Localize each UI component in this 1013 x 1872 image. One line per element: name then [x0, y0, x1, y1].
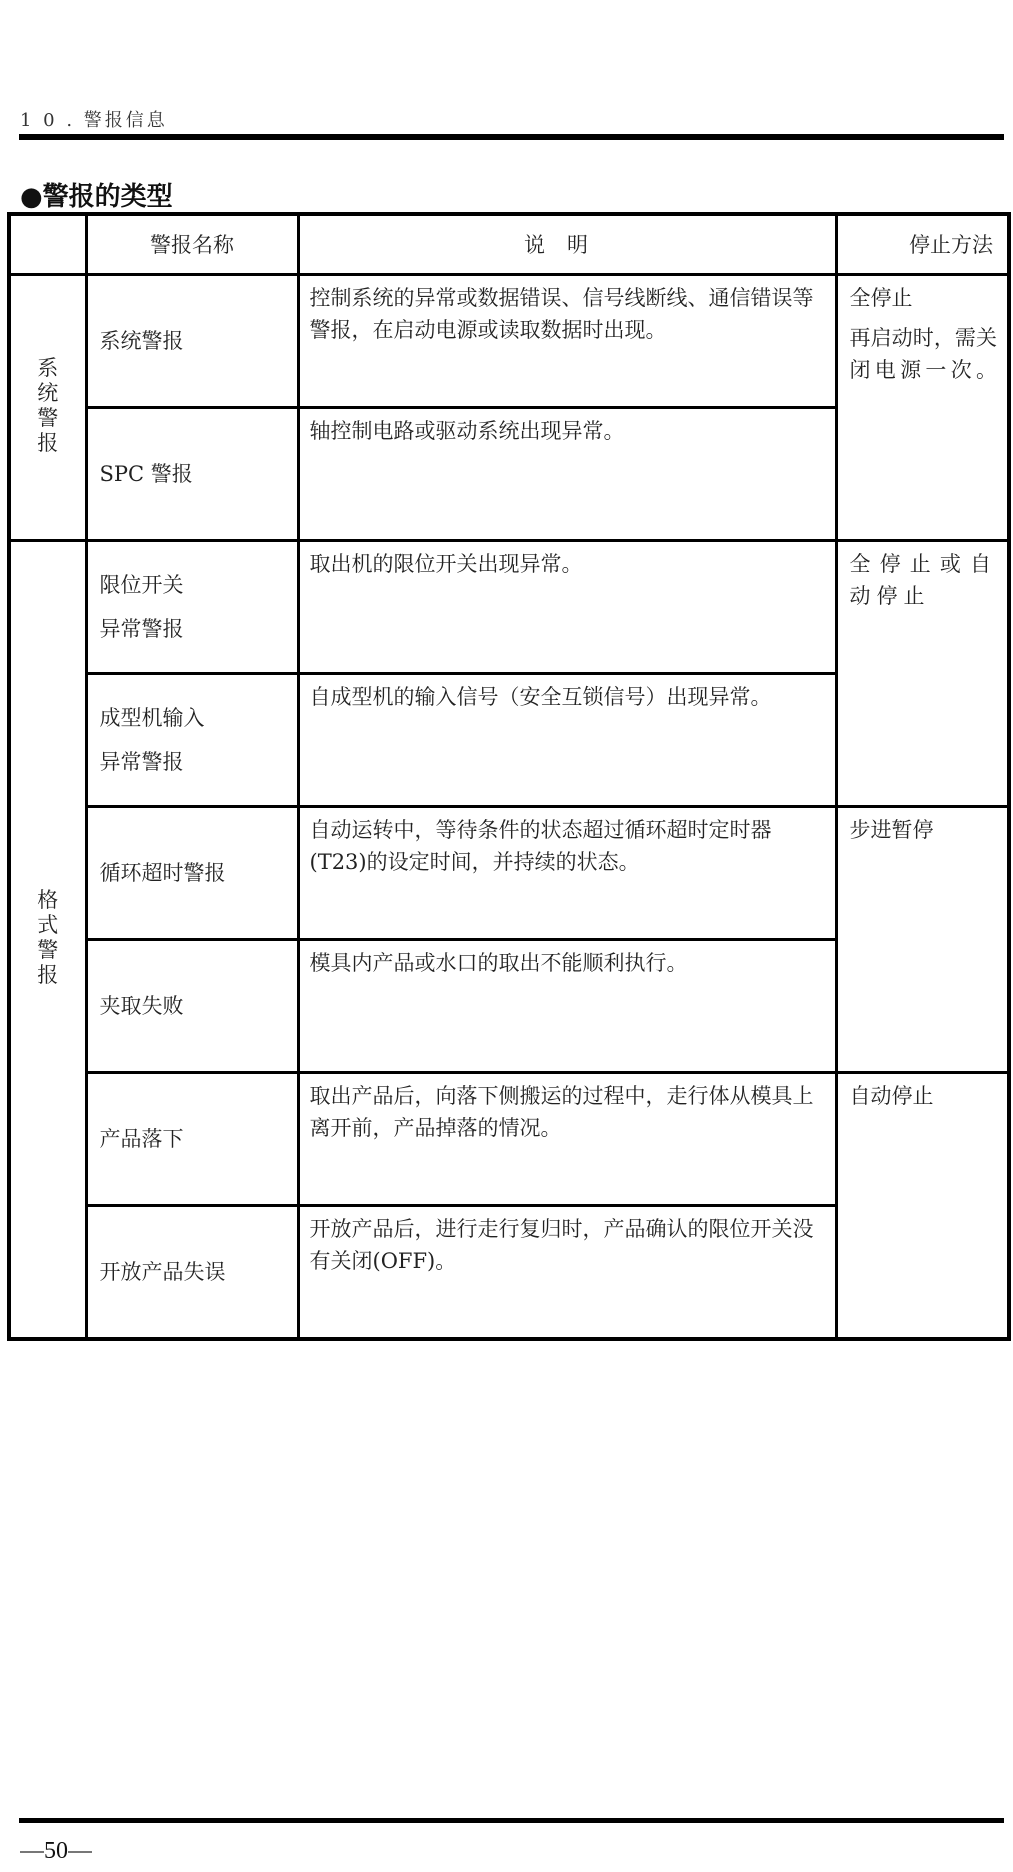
- header-divider: [19, 134, 1004, 140]
- stop-method-cell: 全停止 再启动时，需关闭电源一次。: [836, 275, 1009, 541]
- stop-method-note: 再启动时，需关闭电源一次。: [850, 322, 998, 386]
- category-cell-system: 系统警报: [9, 275, 86, 541]
- table-header-row: 警报名称 说明 停止方法: [9, 214, 1009, 275]
- category-cell-format: 格式警报: [9, 541, 86, 1339]
- description-cell: 取出产品后，向落下侧搬运的过程中，走行体从模具上离开前，产品掉落的情况。: [298, 1073, 836, 1206]
- alarm-name-cell: 成型机输入 异常警报: [86, 674, 298, 807]
- description-cell: 取出机的限位开关出现异常。: [298, 541, 836, 674]
- stop-method: 全停止或自动停止: [850, 548, 998, 612]
- footer-divider: [19, 1818, 1004, 1823]
- column-header-description: 说明: [298, 214, 836, 275]
- alarm-types-table: 警报名称 说明 停止方法 系统警报 系统警报 控制系统的异常或数据错误、信号线断…: [7, 212, 1011, 1341]
- alarm-name-cell: SPC 警报: [86, 408, 298, 541]
- table-row: 循环超时警报 自动运转中，等待条件的状态超过循环超时定时器(T23)的设定时间，…: [9, 807, 1009, 940]
- category-label: 格式警报: [36, 888, 60, 988]
- chapter-header: 1 0 . 警报信息: [20, 106, 168, 132]
- dash-decoration: [20, 1851, 44, 1853]
- stop-method: 全停止: [850, 286, 913, 310]
- alarm-name-line: 异常警报: [100, 740, 297, 784]
- table-row: 格式警报 限位开关 异常警报 取出机的限位开关出现异常。 全停止或自动停止: [9, 541, 1009, 674]
- alarm-name-line: 成型机输入: [100, 696, 297, 740]
- description-cell: 自成型机的输入信号（安全互锁信号）出现异常。: [298, 674, 836, 807]
- alarm-name-cell: 开放产品失误: [86, 1206, 298, 1339]
- alarm-name: 系统警报: [100, 319, 297, 363]
- alarm-name: 循环超时警报: [100, 851, 297, 895]
- alarm-name: 产品落下: [100, 1117, 297, 1161]
- alarm-name-cell: 产品落下: [86, 1073, 298, 1206]
- table-row: 产品落下 取出产品后，向落下侧搬运的过程中，走行体从模具上离开前，产品掉落的情况…: [9, 1073, 1009, 1206]
- table-row: 系统警报 系统警报 控制系统的异常或数据错误、信号线断线、通信错误等警报，在启动…: [9, 275, 1009, 408]
- section-title: ●警报的类型: [20, 176, 173, 213]
- alarm-name: 开放产品失误: [100, 1250, 297, 1294]
- description-cell: 自动运转中，等待条件的状态超过循环超时定时器(T23)的设定时间，并持续的状态。: [298, 807, 836, 940]
- alarm-name: 夹取失败: [100, 984, 297, 1028]
- alarm-name-cell: 限位开关 异常警报: [86, 541, 298, 674]
- dash-decoration: [68, 1851, 92, 1853]
- description-cell: 开放产品后，进行走行复归时，产品确认的限位开关没有关闭(OFF)。: [298, 1206, 836, 1339]
- description-cell: 轴控制电路或驱动系统出现异常。: [298, 408, 836, 541]
- description-cell: 模具内产品或水口的取出不能顺利执行。: [298, 940, 836, 1073]
- column-header-category: [9, 214, 86, 275]
- description-cell: 控制系统的异常或数据错误、信号线断线、通信错误等警报，在启动电源或读取数据时出现…: [298, 275, 836, 408]
- alarm-name-line: 异常警报: [100, 607, 297, 651]
- stop-method-cell: 全停止或自动停止: [836, 541, 1009, 807]
- stop-method: 步进暂停: [850, 818, 934, 842]
- column-header-stop-method: 停止方法: [836, 214, 1009, 275]
- alarm-name: SPC 警报: [100, 452, 297, 496]
- stop-method-cell: 步进暂停: [836, 807, 1009, 1073]
- page-number-value: 50: [44, 1838, 68, 1864]
- alarm-name-line: 限位开关: [100, 563, 297, 607]
- stop-method: 自动停止: [850, 1084, 934, 1108]
- alarm-name-cell: 循环超时警报: [86, 807, 298, 940]
- page-number: 50: [20, 1838, 92, 1865]
- column-header-name: 警报名称: [86, 214, 298, 275]
- alarm-name-cell: 系统警报: [86, 275, 298, 408]
- alarm-name-cell: 夹取失败: [86, 940, 298, 1073]
- stop-method-cell: 自动停止: [836, 1073, 1009, 1339]
- category-label: 系统警报: [36, 356, 60, 456]
